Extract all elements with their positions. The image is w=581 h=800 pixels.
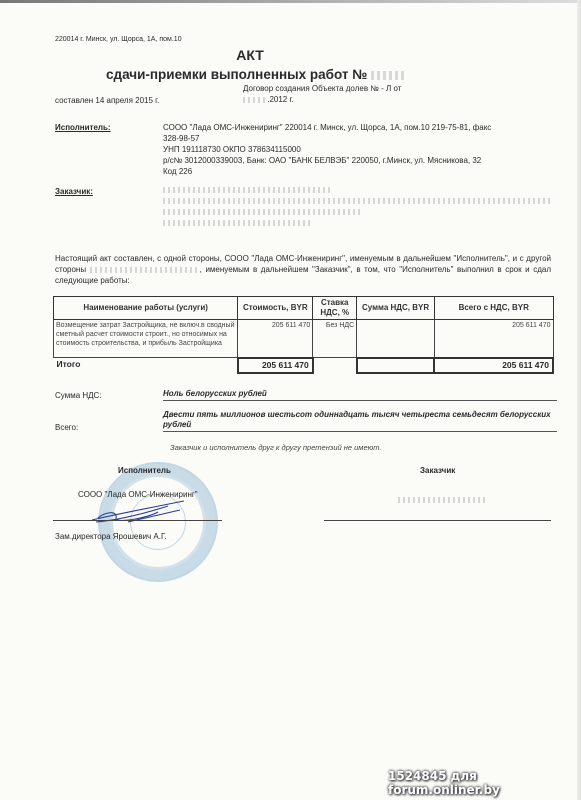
contractor-details: СООО "Лада ОМС-Инжениринг" 220014 г. Мин… xyxy=(163,122,563,177)
work-cost: 205 611 470 xyxy=(238,320,313,358)
total-label: Всего: xyxy=(55,423,78,432)
col-header-vat-rate: Ставка НДС, % xyxy=(313,297,357,320)
scan-edge-right xyxy=(577,0,581,800)
header-address: 220014 г. Минск, ул. Щорса, 1А, пом.10 xyxy=(55,36,182,43)
redacted-line xyxy=(163,198,553,204)
contractor-line: СООО "Лада ОМС-Инжениринг" 220014 г. Мин… xyxy=(163,122,563,133)
redacted-line xyxy=(163,209,363,215)
redacted-customer-name xyxy=(90,267,200,273)
contractor-signer-name: Зам.директора Ярошевич А.Г. xyxy=(55,532,167,541)
col-header-total: Всего с НДС, BYR xyxy=(434,297,553,320)
col-header-cost: Стоимость, BYR xyxy=(238,297,313,320)
contract-reference-line1: Договор создания Объекта долев № - Л от xyxy=(243,84,401,93)
customer-label: Заказчик: xyxy=(55,187,93,196)
scan-edge-top xyxy=(0,0,581,3)
contractor-line: 328-98-57 xyxy=(163,133,563,144)
redacted-date xyxy=(243,97,265,103)
contractor-line: УНП 191118730 ОКПО 378634115000 xyxy=(163,144,563,155)
work-vat-rate: Без НДС xyxy=(313,320,357,358)
drawn-up-date: составлен 14 апреля 2015 г. xyxy=(55,96,159,105)
contractor-label: Исполнитель: xyxy=(55,123,111,132)
table-header-row: Наименование работы (услуги) Стоимость, … xyxy=(54,297,554,320)
contractor-sign-org: СООО "Лада ОМС-Инжениринг" xyxy=(78,490,198,499)
redacted-number xyxy=(371,71,407,80)
work-vat-sum xyxy=(357,320,435,358)
table-row: Возмещение затрат Застройщика, не включ.… xyxy=(54,320,554,358)
contractor-signature-line xyxy=(53,520,222,521)
document-title: АКТ xyxy=(0,47,500,63)
redacted-line xyxy=(163,187,333,193)
signature-scribble xyxy=(88,498,188,528)
redacted-line xyxy=(163,220,313,226)
customer-sign-heading: Заказчик xyxy=(420,466,455,475)
intro-paragraph: Настоящий акт составлен, с одной стороны… xyxy=(55,253,551,286)
table-total-row: Итого 205 611 470 205 611 470 xyxy=(54,358,554,373)
total-vat-sum xyxy=(357,358,435,373)
col-header-vat-sum: Сумма НДС, BYR xyxy=(357,297,435,320)
col-header-name: Наименование работы (услуги) xyxy=(54,297,238,320)
customer-details-redacted xyxy=(163,187,563,231)
forum-watermark: 1524845 для forum.onliner.by xyxy=(388,769,581,797)
contract-reference-line2: .2012 г. xyxy=(243,95,294,104)
works-table: Наименование работы (услуги) Стоимость, … xyxy=(53,296,554,374)
contractor-sign-heading: Исполнитель xyxy=(118,466,171,475)
no-claims-statement: Заказчик и исполнитель друг к другу прет… xyxy=(170,443,382,452)
contractor-line: р/с№ 3012000339003, Банк: ОАО "БАНК БЕЛВ… xyxy=(163,155,563,166)
work-total: 205 611 470 xyxy=(434,320,553,358)
contractor-line: Код 226 xyxy=(163,166,563,177)
total-vat-rate-empty xyxy=(313,358,357,373)
contract-year: .2012 г. xyxy=(267,95,293,104)
redacted-line xyxy=(398,497,488,503)
work-name: Возмещение затрат Застройщика, не включ.… xyxy=(54,320,238,358)
total-cost: 205 611 470 xyxy=(238,358,313,373)
total-with-vat: 205 611 470 xyxy=(434,358,553,373)
customer-signature-line xyxy=(324,520,551,521)
vat-sum-label: Сумма НДС: xyxy=(55,391,102,400)
vat-sum-words: Ноль белорусских рублей xyxy=(163,389,557,401)
customer-sign-org-redacted xyxy=(398,491,488,509)
document-subtitle: сдачи-приемки выполненных работ № xyxy=(106,67,407,82)
total-label: Итого xyxy=(54,358,238,373)
document-subtitle-text: сдачи-приемки выполненных работ № xyxy=(106,67,367,82)
total-words: Двести пять миллионов шестьсот одиннадца… xyxy=(163,410,557,432)
